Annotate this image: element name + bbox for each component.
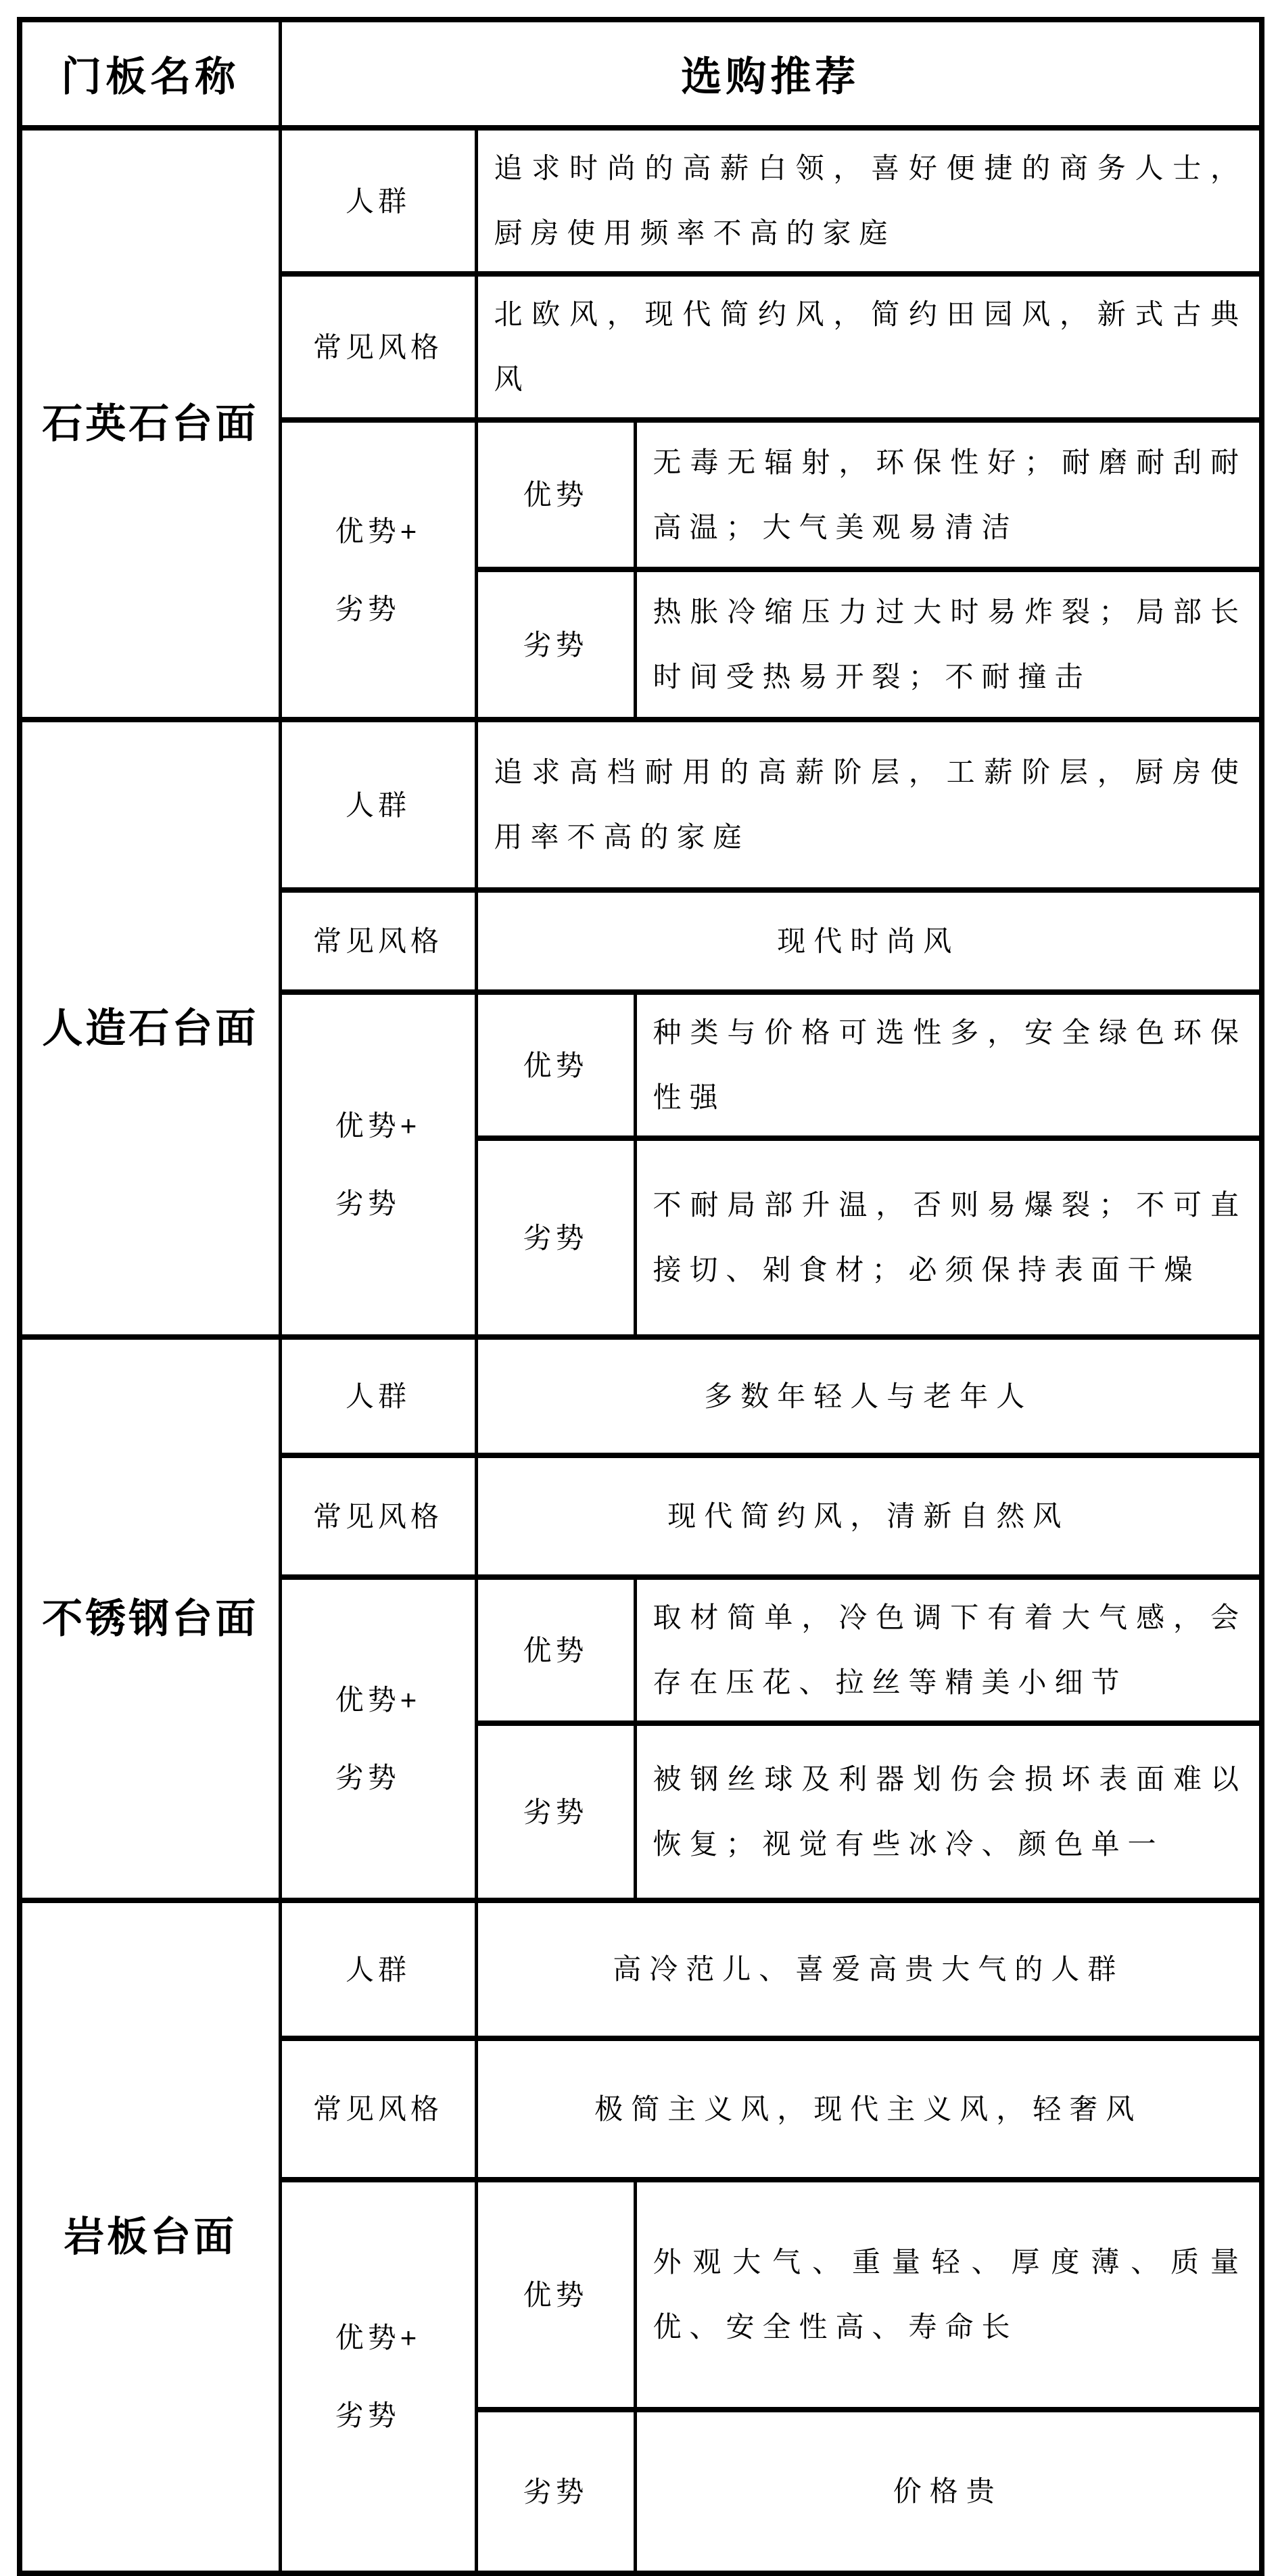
cons-value: 不耐局部升温，否则易爆裂；不可直接切、剁食材；必须保持表面干燥 bbox=[635, 1138, 1262, 1337]
pros-cons-label: 优势+劣势 bbox=[280, 2180, 476, 2573]
material-name-quartz: 石英石台面 bbox=[20, 128, 280, 720]
pros-plus-line: 优势+ bbox=[335, 1110, 421, 1142]
cons-value: 被钢丝球及利器划伤会损坏表面难以恢复；视觉有些冰冷、颜色单一 bbox=[635, 1723, 1262, 1900]
style-label: 常见风格 bbox=[280, 890, 476, 992]
cons-label: 劣势 bbox=[476, 2410, 635, 2573]
people-label: 人群 bbox=[280, 1900, 476, 2038]
pros-cons-label-text: 优势+劣势 bbox=[335, 492, 421, 648]
pros-cons-label: 优势+劣势 bbox=[280, 1577, 476, 1900]
people-value: 追求高档耐用的高薪阶层，工薪阶层，厨房使用率不高的家庭 bbox=[476, 720, 1262, 890]
page: 门板名称 选购推荐 石英石台面 人群 追求时尚的高薪白领，喜好便捷的商务人士，厨… bbox=[0, 0, 1278, 2556]
cons-label: 劣势 bbox=[476, 569, 635, 720]
table-row: 石英石台面 人群 追求时尚的高薪白领，喜好便捷的商务人士，厨房使用频率不高的家庭 bbox=[20, 128, 1262, 274]
style-value: 现代时尚风 bbox=[476, 890, 1262, 992]
pros-plus-line: 优势+ bbox=[335, 515, 421, 547]
people-label: 人群 bbox=[280, 1337, 476, 1455]
people-value: 高冷范儿、喜爱高贵大气的人群 bbox=[476, 1900, 1262, 2038]
pros-cons-label-text: 优势+劣势 bbox=[335, 1087, 421, 1242]
style-value: 北欧风，现代简约风，简约田园风，新式古典风 bbox=[476, 274, 1262, 420]
pros-label: 优势 bbox=[476, 420, 635, 569]
pros-plus-line: 优势+ bbox=[335, 1684, 421, 1716]
cons-value: 价格贵 bbox=[635, 2410, 1262, 2573]
cons-value: 热胀冷缩压力过大时易炸裂；局部长时间受热易开裂；不耐撞击 bbox=[635, 569, 1262, 720]
style-label: 常见风格 bbox=[280, 2038, 476, 2180]
pros-plus-line: 优势+ bbox=[335, 2322, 421, 2353]
people-value: 追求时尚的高薪白领，喜好便捷的商务人士，厨房使用频率不高的家庭 bbox=[476, 128, 1262, 274]
people-value: 多数年轻人与老年人 bbox=[476, 1337, 1262, 1455]
pros-value: 种类与价格可选性多，安全绿色环保性强 bbox=[635, 992, 1262, 1138]
table-row: 岩板台面 人群 高冷范儿、喜爱高贵大气的人群 bbox=[20, 1900, 1262, 2038]
material-name-slab: 岩板台面 bbox=[20, 1900, 280, 2573]
header-panel-name: 门板名称 bbox=[20, 20, 280, 128]
style-value: 现代简约风，清新自然风 bbox=[476, 1455, 1262, 1577]
header-row: 门板名称 选购推荐 bbox=[20, 20, 1262, 128]
pros-cons-label-text: 优势+劣势 bbox=[335, 2299, 421, 2454]
cons-line: 劣势 bbox=[335, 1188, 400, 1219]
cons-line: 劣势 bbox=[335, 2399, 400, 2431]
pros-value: 无毒无辐射，环保性好；耐磨耐刮耐高温；大气美观易清洁 bbox=[635, 420, 1262, 569]
header-recommendation: 选购推荐 bbox=[280, 20, 1262, 128]
people-label: 人群 bbox=[280, 128, 476, 274]
people-label: 人群 bbox=[280, 720, 476, 890]
pros-label: 优势 bbox=[476, 992, 635, 1138]
pros-value: 外观大气、重量轻、厚度薄、质量优、安全性高、寿命长 bbox=[635, 2180, 1262, 2410]
pros-cons-label: 优势+劣势 bbox=[280, 420, 476, 720]
pros-cons-label: 优势+劣势 bbox=[280, 992, 476, 1337]
cons-line: 劣势 bbox=[335, 1762, 400, 1794]
pros-cons-label-text: 优势+劣势 bbox=[335, 1661, 421, 1817]
material-name-artificial-stone: 人造石台面 bbox=[20, 720, 280, 1337]
pros-label: 优势 bbox=[476, 1577, 635, 1723]
countertop-comparison-table: 门板名称 选购推荐 石英石台面 人群 追求时尚的高薪白领，喜好便捷的商务人士，厨… bbox=[17, 17, 1264, 2576]
pros-label: 优势 bbox=[476, 2180, 635, 2410]
cons-label: 劣势 bbox=[476, 1138, 635, 1337]
cons-line: 劣势 bbox=[335, 593, 400, 625]
material-name-stainless-steel: 不锈钢台面 bbox=[20, 1337, 280, 1900]
table-row: 人造石台面 人群 追求高档耐用的高薪阶层，工薪阶层，厨房使用率不高的家庭 bbox=[20, 720, 1262, 890]
style-value: 极简主义风，现代主义风，轻奢风 bbox=[476, 2038, 1262, 2180]
style-label: 常见风格 bbox=[280, 274, 476, 420]
style-label: 常见风格 bbox=[280, 1455, 476, 1577]
cons-label: 劣势 bbox=[476, 1723, 635, 1900]
table-row: 不锈钢台面 人群 多数年轻人与老年人 bbox=[20, 1337, 1262, 1455]
pros-value: 取材简单，冷色调下有着大气感，会存在压花、拉丝等精美小细节 bbox=[635, 1577, 1262, 1723]
